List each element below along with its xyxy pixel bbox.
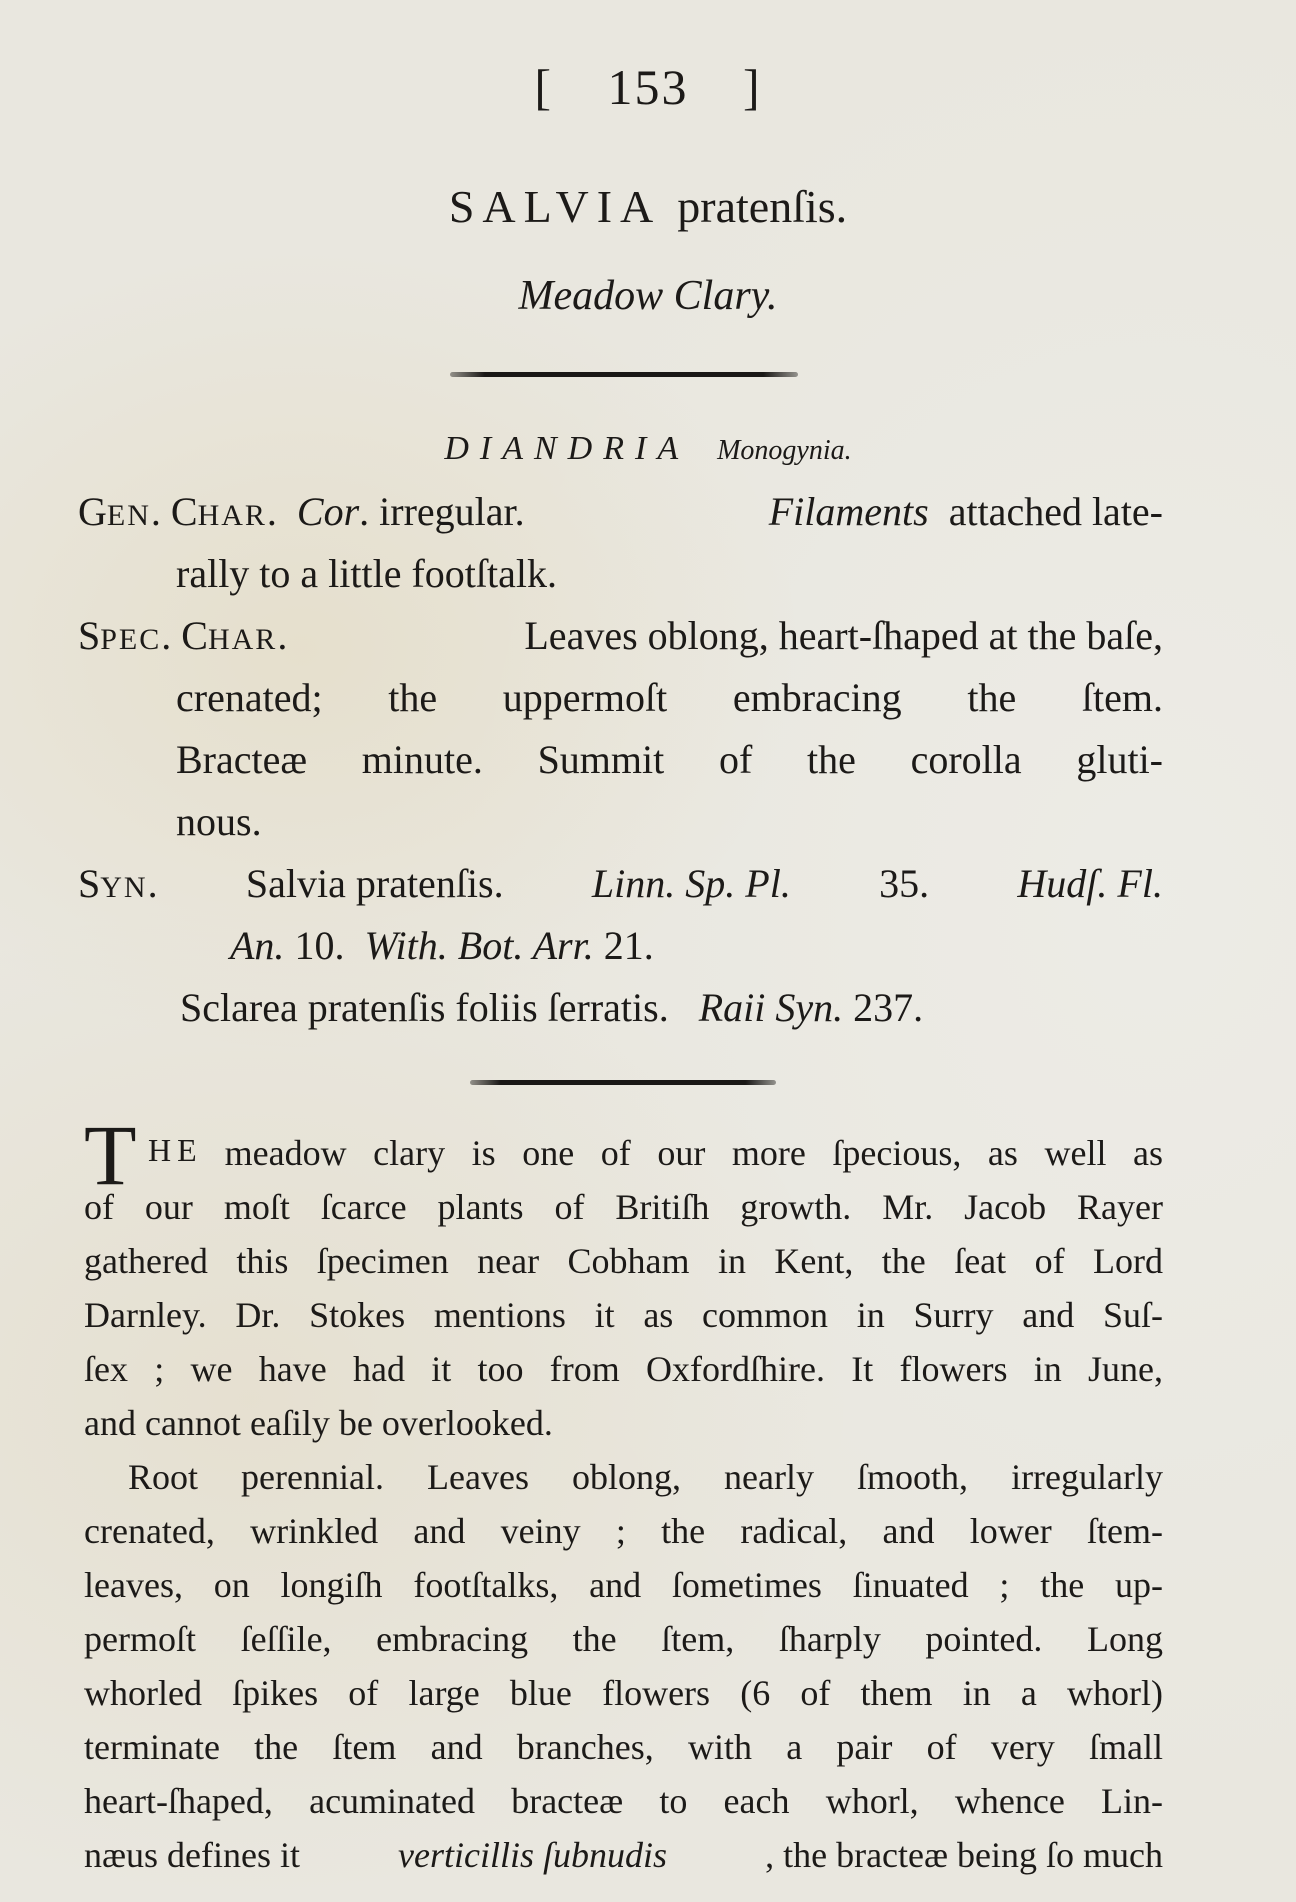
- book-page: [ 153 ] SALVIApratenſis. Meadow Clary. D…: [0, 0, 1296, 1902]
- filaments-term: Filaments: [769, 489, 929, 534]
- order-name: Monogynia.: [717, 435, 852, 466]
- paragraph-2-line-8: næus defines it verticillis ſubnudis , t…: [84, 1834, 1163, 1876]
- page-number: [ 153 ]: [0, 58, 1296, 116]
- gen-char-label: GEN. CHAR.: [78, 489, 277, 534]
- synonym-line-3: Sclarea pratenſis foliis ſerratis. Raii …: [180, 984, 923, 1031]
- paragraph-2-line-3: leaves, on longiſh footſtalks, and ſomet…: [84, 1564, 1163, 1606]
- common-name: Meadow Clary.: [0, 272, 1296, 320]
- synonym-line-2: An. 10. With. Bot. Arr. 21.: [230, 922, 654, 969]
- spec-char-line-4: nous.: [176, 798, 262, 845]
- paragraph-1-line-1: HE meadow clary is one of our more ſpeci…: [148, 1132, 1163, 1174]
- cor-term: Cor: [297, 489, 359, 534]
- paragraph-2-line-4: permoſt ſeſſile, embracing the ſtem, ſha…: [84, 1618, 1163, 1660]
- spec-char-line-1: SPEC. CHAR. Leaves oblong, heart-ſhaped …: [78, 612, 1163, 659]
- species-name: pratenſis.: [677, 181, 847, 232]
- paragraph-1-line-6: and cannot eaſily be overlooked.: [84, 1402, 553, 1444]
- divider-rule: [470, 1080, 776, 1085]
- paragraph-2-line-2: crenated, wrinkled and veiny ; the radic…: [84, 1510, 1163, 1552]
- species-title: SALVIApratenſis.: [0, 180, 1296, 233]
- class-name: DIANDRIA: [444, 430, 689, 467]
- spec-char-line-3: Bracteæ minute. Summit of the corolla gl…: [176, 736, 1163, 783]
- gen-char-line-1: GEN. CHAR. Cor. irregular. Filaments att…: [78, 488, 1163, 535]
- genus-name: SALVIA: [449, 181, 661, 232]
- spec-char-line-2: crenated; the uppermoſt embracing the ſt…: [176, 674, 1163, 721]
- linnaean-classification: DIANDRIAMonogynia.: [0, 430, 1296, 468]
- synonym-label: SYN.: [78, 860, 158, 907]
- paragraph-1-line-3: gathered this ſpecimen near Cobham in Ke…: [84, 1240, 1163, 1282]
- paragraph-2-line-5: whorled ſpikes of large blue flowers (6 …: [84, 1672, 1163, 1714]
- paragraph-1-line-2: of our moſt ſcarce plants of Britiſh gro…: [84, 1186, 1163, 1228]
- paragraph-2-line-7: heart-ſhaped, acuminated bracteæ to each…: [84, 1780, 1163, 1822]
- page-number-value: 153: [608, 59, 689, 115]
- bracket-close: ]: [703, 59, 802, 115]
- gen-char-line-2: rally to a little footſtalk.: [176, 550, 557, 597]
- divider-rule: [450, 372, 798, 377]
- paragraph-2-line-6: terminate the ſtem and branches, with a …: [84, 1726, 1163, 1768]
- paragraph-2-line-1: Root perennial. Leaves oblong, nearly ſm…: [128, 1456, 1163, 1498]
- bracket-open: [: [494, 59, 593, 115]
- spec-char-label: SPEC. CHAR.: [78, 612, 287, 659]
- synonym-line-1: SYN. Salvia pratenſis. Linn. Sp. Pl. 35.…: [78, 860, 1163, 907]
- paragraph-1-line-5: ſex ; we have had it too from Oxfordſhir…: [84, 1348, 1163, 1390]
- paragraph-1-line-4: Darnley. Dr. Stokes mentions it as commo…: [84, 1294, 1163, 1336]
